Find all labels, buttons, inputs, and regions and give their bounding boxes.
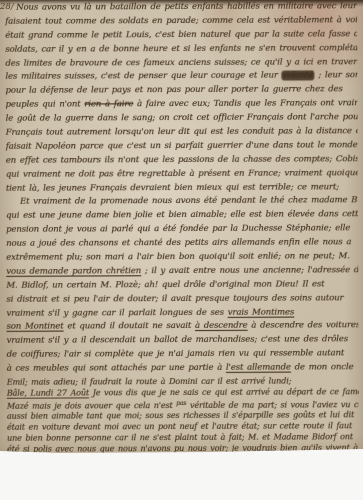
handwriting-line: tient là, les jeunes Français devraient … xyxy=(6,181,358,196)
scan-background xyxy=(0,452,363,500)
underlined-phrase: vrais Montimes xyxy=(228,307,294,317)
handwriting-line: extrêmement plu; son mari a l'air bien b… xyxy=(6,250,358,265)
underlined-phrase: vous demande pardon chrétien xyxy=(6,266,141,277)
handwriting-text: pour la défense de leur pays et non pas … xyxy=(5,85,342,96)
handwriting-line: de coiffures; l'air si complète que je n… xyxy=(7,347,359,362)
handwriting-text: Emil; mais adieu; il faudrait la route à… xyxy=(7,376,292,387)
handwriting-line: était grand comme le petit Louis, c'est … xyxy=(5,28,357,43)
handwriting-text: peuples qui n'ont xyxy=(5,100,84,110)
handwriting-line: son Montinet et quand il doutait ne sava… xyxy=(6,320,358,335)
handwriting-text: M. Bidlof, un certain M. Plozè; ah! quel… xyxy=(6,279,324,290)
handwriting-text: Nous avons vu là un bataillon de petits … xyxy=(16,1,357,13)
handwriting-line: Français tout autrement lorsqu'on leur d… xyxy=(6,125,358,140)
handwriting-text: ; leur sort xyxy=(315,71,358,81)
handwriting-text: à descendre des voitures xyxy=(247,321,358,331)
handwriting-text: faisait Napoléon parce que c'est un si p… xyxy=(6,140,358,152)
handwriting-text: était grand comme le petit Louis, c'est … xyxy=(5,29,357,41)
handwriting-text: ; il y avait entre nous une ancienne; l'… xyxy=(141,265,358,276)
handwriting-line: qui est une jeune dame bien jolie et bie… xyxy=(6,209,358,224)
handwriting-line: à ces meubles qui sont attachés par une … xyxy=(7,361,359,376)
handwriting-line: Et vraiment de la promenade nous avons é… xyxy=(6,195,358,210)
handwriting-text: pension dont je vous ai parlé qui a été … xyxy=(6,224,350,236)
handwriting-line: si distrait et si peu l'air de douter; i… xyxy=(6,292,358,307)
underlined-phrase: à descendre xyxy=(195,321,248,331)
handwriting-text: soldats, car il y en a de bonne heure et… xyxy=(5,43,357,55)
handwriting-text: des limites de bravoure de ces fameux an… xyxy=(5,57,357,69)
handwriting-text: vraiment s'il y a il descendait un ballo… xyxy=(6,335,348,346)
handwriting-line: Nous avons vu là un bataillon de petits … xyxy=(5,0,357,15)
handwriting-text: aussi bien aimable tant que moi; sous se… xyxy=(7,409,354,421)
handwriting-line: peuples qui n'ont rien à faire à faire a… xyxy=(5,97,357,112)
handwriting-line: vous demande pardon chrétien ; il y avai… xyxy=(6,264,358,279)
handwriting-text: nous a joué des chansons et chanté des p… xyxy=(6,237,351,249)
handwriting-text: Je vous dis que je ne sais ce qui est ar… xyxy=(89,386,359,397)
handwriting-line: qui vraiment ne doit pas être regrettabl… xyxy=(6,167,358,182)
handwriting-text: Français tout autrement lorsqu'on leur d… xyxy=(6,126,358,138)
underlined-phrase: son Montinet xyxy=(6,322,63,332)
struck-out-word: rien à faire xyxy=(84,99,133,109)
inserted-word: pas xyxy=(176,400,186,407)
handwriting-line: le goût de la guerre dans le sang; on cr… xyxy=(5,111,357,126)
handwriting-text: en effet ces tambours ils n'ont que les … xyxy=(6,154,358,166)
handwriting-line: les militaires suisses, c'est de penser … xyxy=(5,70,357,85)
handwriting-line: pension dont je vous ai parlé qui a été … xyxy=(6,222,358,237)
handwriting-line: vraiment s'il y a il descendait un ballo… xyxy=(6,334,358,349)
handwriting-line: des limites de bravoure de ces fameux an… xyxy=(5,56,357,71)
handwriting-text: Et vraiment de la promenade nous avons é… xyxy=(20,196,358,208)
handwriting-line: faisaient tout comme des soldats en para… xyxy=(5,14,357,29)
letter-scan: 28/ Nous avons vu là un bataillon de pet… xyxy=(0,0,363,500)
handwriting-text: les militaires suisses, c'est de penser … xyxy=(5,71,281,82)
underlined-phrase: Bâle, Lundi 27 Août xyxy=(7,388,89,398)
handwriting-text: à ces meubles qui sont attachés par une … xyxy=(7,363,226,374)
handwriting-line: pour la défense de leur pays et non pas … xyxy=(5,84,357,99)
handwriting-text: qui vraiment ne doit pas être regrettabl… xyxy=(6,168,358,180)
handwriting-line: nous a joué des chansons et chanté des p… xyxy=(6,236,358,251)
handwriting-text: de mon oncle xyxy=(291,362,354,372)
handwriting-line: soldats, car il y en a de bonne heure et… xyxy=(5,42,357,57)
handwriting-line: en effet ces tambours ils n'ont que les … xyxy=(6,153,358,168)
handwriting-text: si distrait et si peu l'air de douter; i… xyxy=(6,293,343,304)
handwriting-text: qui est une jeune dame bien jolie et bie… xyxy=(6,210,358,222)
handwriting-line: M. Bidlof, un certain M. Plozè; ah! quel… xyxy=(6,278,358,293)
handwriting-text: à faire avec eux; Tandis que les Françai… xyxy=(133,98,357,109)
handwriting-text: était en voiture devant moi avec un pont… xyxy=(7,420,352,432)
handwriting-line: vraiment s'il y gagne car il parlait lon… xyxy=(6,306,358,321)
ink-blot-scribble: volonté xyxy=(282,71,315,81)
letter-paper: 28/ Nous avons vu là un bataillon de pet… xyxy=(0,0,363,453)
handwriting-text: de coiffures; l'air si complète que je n… xyxy=(7,349,345,360)
handwriting-line: faisait Napoléon parce que c'est un si p… xyxy=(6,139,358,154)
handwriting-text: faisaient tout comme des soldats en para… xyxy=(5,15,357,27)
handwriting-text: et quand il doutait ne savait xyxy=(63,321,194,332)
handwriting-text: le goût de la guerre dans le sang; on cr… xyxy=(6,112,358,124)
handwriting-text: extrêmement plu; son mari a l'air bien b… xyxy=(6,251,350,262)
handwriting-block: Nous avons vu là un bataillon de petits … xyxy=(5,0,359,455)
handwriting-text: vraiment s'il y gagne car il parlait lon… xyxy=(6,307,227,318)
handwriting-text: une bien bonne personne car il ne s'est … xyxy=(7,431,353,443)
handwriting-text: tient là, les jeunes Français devraient … xyxy=(6,182,339,193)
underlined-phrase: l'est allemande xyxy=(226,363,291,373)
